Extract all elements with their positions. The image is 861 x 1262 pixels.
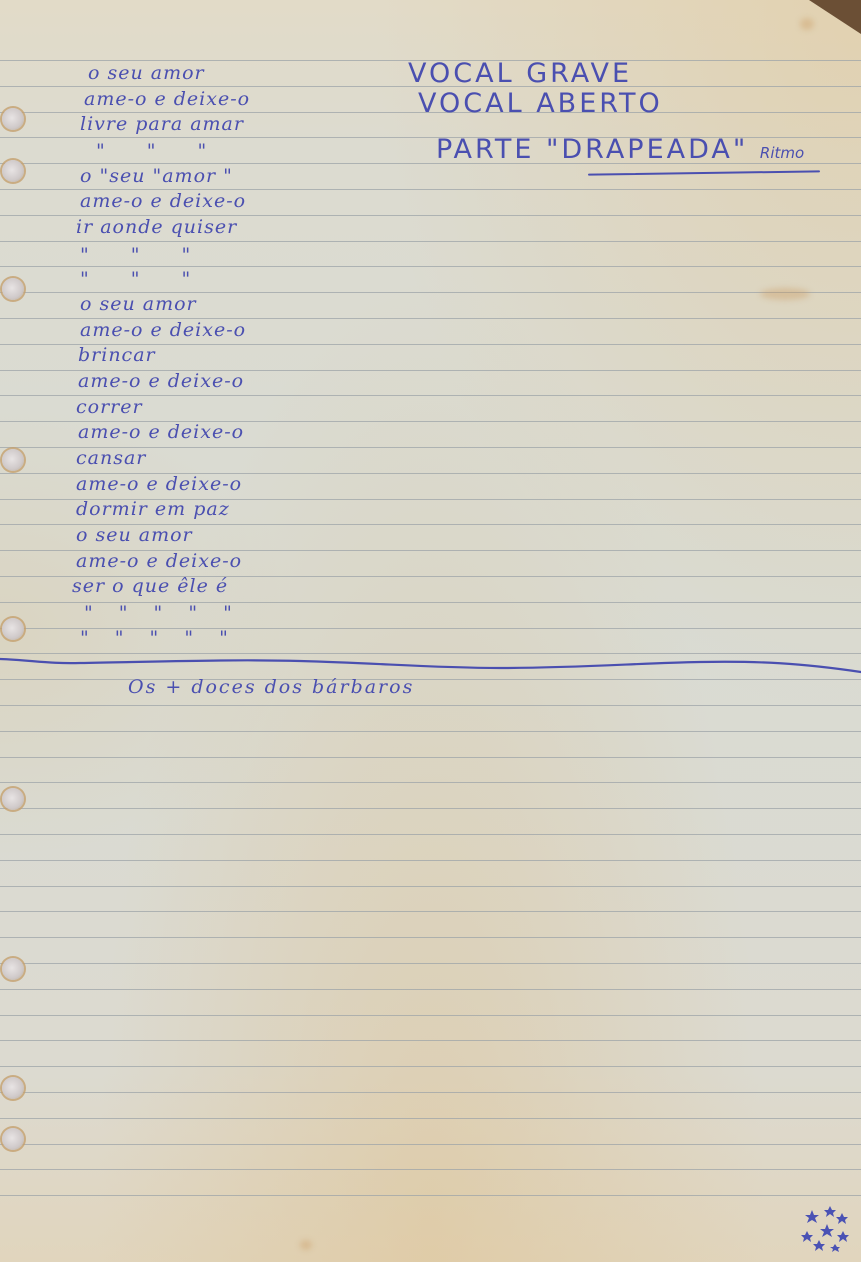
ditto-marks: " " " " " <box>80 627 238 649</box>
binder-hole <box>2 788 24 810</box>
lyric-line: o seu amor <box>80 293 197 315</box>
lyric-line: ame-o e deixe-o <box>76 473 242 495</box>
binder-hole <box>2 160 24 182</box>
binder-hole <box>2 449 24 471</box>
ruled-line <box>0 963 861 964</box>
ruled-line <box>0 1066 861 1067</box>
note-parte-text: PARTE "DRAPEADA" <box>436 134 748 165</box>
lyric-line: ame-o e deixe-o <box>80 190 246 212</box>
note-ritmo-text: Ritmo <box>760 144 804 162</box>
song-title: Os + doces dos bárbaros <box>128 676 414 698</box>
ruled-line <box>0 266 861 267</box>
binder-hole <box>2 1077 24 1099</box>
paper-stain <box>800 18 814 30</box>
binder-hole <box>2 278 24 300</box>
ruled-line <box>0 937 861 938</box>
lyric-line: ame-o e deixe-o <box>76 550 242 572</box>
note-underline <box>588 170 820 175</box>
ruled-line <box>0 757 861 758</box>
ditto-marks: " " " <box>96 140 224 162</box>
note-vocal-aberto: VOCAL ABERTO <box>418 88 663 119</box>
note-parte-drapeada: PARTE "DRAPEADA" Ritmo <box>436 134 804 165</box>
ditto-marks: " " " <box>80 268 208 290</box>
binder-hole <box>2 1128 24 1150</box>
lyric-line: ame-o e deixe-o <box>78 421 244 443</box>
ruled-line <box>0 1015 861 1016</box>
lyric-line: brincar <box>78 344 156 366</box>
lyric-line: ame-o e deixe-o <box>78 370 244 392</box>
ruled-line <box>0 1092 861 1093</box>
note-vocal-grave: VOCAL GRAVE <box>408 58 632 89</box>
lyric-line: cansar <box>76 447 146 469</box>
lyric-line: o seu amor <box>88 62 205 84</box>
paper-stain <box>760 288 810 300</box>
ruled-line <box>0 886 861 887</box>
binder-hole <box>2 958 24 980</box>
lyric-line: livre para amar <box>80 113 244 135</box>
ruled-line <box>0 1118 861 1119</box>
ruled-line <box>0 705 861 706</box>
ruled-line <box>0 1040 861 1041</box>
binder-hole <box>2 618 24 640</box>
ditto-marks: " " " <box>80 244 208 266</box>
lyric-line: ir aonde quiser <box>76 216 237 238</box>
lyric-line: o "seu "amor " <box>80 165 233 187</box>
lyric-line: ame-o e deixe-o <box>84 88 250 110</box>
lyric-line: dormir em paz <box>76 498 230 520</box>
torn-corner <box>809 0 861 34</box>
stars-doodle-icon <box>797 1198 857 1258</box>
ruled-line <box>0 782 861 783</box>
ruled-line <box>0 241 861 242</box>
notebook-page: o seu amor ame-o e deixe-o livre para am… <box>0 0 861 1262</box>
ruled-line <box>0 860 861 861</box>
lyric-line: ame-o e deixe-o <box>80 319 246 341</box>
lyric-line: o seu amor <box>76 524 193 546</box>
ditto-marks: " " " " " <box>84 602 242 624</box>
ruled-line <box>0 1195 861 1196</box>
ruled-line <box>0 989 861 990</box>
ruled-line <box>0 834 861 835</box>
paper-stain <box>300 1240 312 1250</box>
ruled-line <box>0 808 861 809</box>
ruled-line <box>0 1144 861 1145</box>
binder-hole <box>2 108 24 130</box>
ruled-line <box>0 731 861 732</box>
lyric-line: ser o que êle é <box>72 575 228 597</box>
ruled-line <box>0 1169 861 1170</box>
ruled-line <box>0 911 861 912</box>
lyric-line: correr <box>76 396 143 418</box>
